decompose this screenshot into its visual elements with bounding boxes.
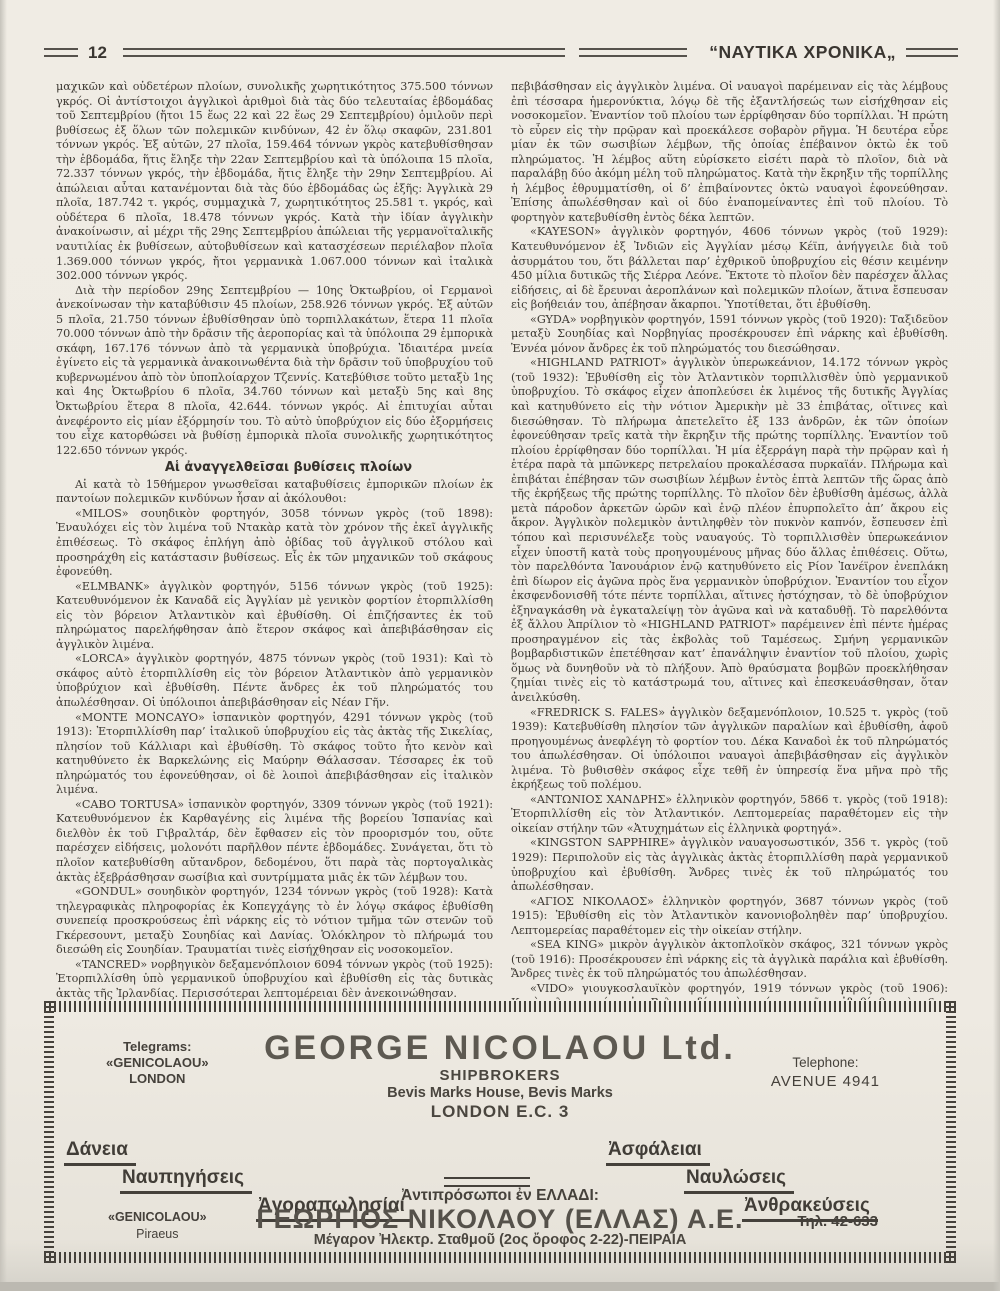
page-number: 12 bbox=[88, 43, 107, 63]
ship-loss-entry: «ΑΓΙΟΣ ΝΙΚΟΛΑΟΣ» ἑλληνικὸν φορτηγόν, 368… bbox=[511, 895, 948, 939]
ad-border-bottom bbox=[44, 1252, 956, 1263]
ship-loss-entry: «ΑΝΤΩΝΙΟΣ ΧΑΝΔΡΗΣ» ἑλληνικὸν φορτηγόν, 5… bbox=[511, 793, 948, 837]
header-rule bbox=[579, 48, 687, 57]
paragraph: μαχικῶν καὶ οὐδετέρων πλοίων, συνολικῆς … bbox=[56, 80, 493, 284]
scan-edge-shadow bbox=[0, 1282, 1000, 1291]
ship-loss-entry: «GONDUL» σουηδικὸν φορτηγόν, 1234 τόννων… bbox=[56, 885, 493, 958]
ship-loss-entry: «MILOS» σουηδικὸν φορτηγόν, 3058 τόννων … bbox=[56, 507, 493, 580]
telephone-label: Telephone: bbox=[771, 1053, 880, 1072]
ship-loss-entry: Αἱ κατὰ τὸ 15θήμερον γνωσθεῖσαι καταβυθί… bbox=[56, 478, 493, 507]
ship-loss-entry: «GYDA» νορβηγικὸν φορτηγόν, 1591 τόννων … bbox=[511, 313, 948, 357]
ship-loss-entry: «KAYESON» ἀγγλικὸν φορτηγόν, 4606 τόννων… bbox=[511, 225, 948, 312]
ship-loss-entry: «CABO TORTUSA» ἱσπανικὸν φορτηγόν, 3309 … bbox=[56, 798, 493, 885]
ship-loss-entry: πεβιβάσθησαν εἰς ἀγγλικὸν λιμένα. Οἱ ναυ… bbox=[511, 80, 948, 225]
greek-company-address: Μέγαρον Ἠλεκτρ. Σταθμοῦ (2ος ὄροφος 2-22… bbox=[44, 1232, 956, 1248]
magazine-page: 12 “ΝΑΥΤΙΚΑ ΧΡΟΝΙΚΑ„ μαχικῶν καὶ οὐδετέρ… bbox=[0, 0, 1000, 1291]
telephone-number: AVENUE 4941 bbox=[771, 1072, 880, 1091]
ship-loss-entry: «TANCRED» νορβηγικὸν δεξαμενόπλοιον 6094… bbox=[56, 958, 493, 1000]
ship-loss-entry: «LORCA» ἀγγλικὸν φορτηγόν, 4875 τόννων γ… bbox=[56, 652, 493, 710]
service-loans: Δάνεια bbox=[64, 1139, 136, 1166]
masthead-title: “ΝΑΥΤΙΚΑ ΧΡΟΝΙΚΑ„ bbox=[709, 42, 896, 63]
left-column-paragraphs: μαχικῶν καὶ οὐδετέρων πλοίων, συνολικῆς … bbox=[56, 80, 493, 458]
right-column: πεβιβάσθησαν εἰς ἀγγλικὸν λιμένα. Οἱ ναυ… bbox=[511, 80, 948, 1000]
advertisement-george-nicolaou: Telegrams: «GENICOLAOU» LONDON GEORGE NI… bbox=[44, 1001, 956, 1263]
ship-loss-entry: «HIGHLAND PATRIOT» ἀγγλικὸν ὑπερωκεάνιον… bbox=[511, 356, 948, 705]
ship-loss-entry: «ELMBANK» ἀγγλικὸν φορτηγόν, 5156 τόννων… bbox=[56, 580, 493, 653]
page-header: 12 “ΝΑΥΤΙΚΑ ΧΡΟΝΙΚΑ„ bbox=[44, 42, 958, 63]
left-column: μαχικῶν καὶ οὐδετέρων πλοίων, συνολικῆς … bbox=[56, 80, 493, 1000]
telephone-block: Telephone: AVENUE 4941 bbox=[771, 1053, 880, 1091]
ship-loss-entry: «FREDRICK S. FALES» ἀγγλικὸν δεξαμενόπλο… bbox=[511, 706, 948, 793]
section-heading: Αἱ ἀναγγελθεῖσαι βυθίσεις πλοίων bbox=[84, 461, 493, 476]
ship-loss-entry: «VIDO» γιουγκοσλαυϊκὸν φορτηγόν, 1919 τό… bbox=[511, 982, 948, 1000]
ship-loss-entry: «KINGSTON SAPPHIRE» ἀγγλικὸν ναυαγοσωστι… bbox=[511, 836, 948, 894]
ship-loss-entries-left: Αἱ κατὰ τὸ 15θήμερον γνωσθεῖσαι καταβυθί… bbox=[56, 478, 493, 1000]
ship-loss-entries-right: πεβιβάσθησαν εἰς ἀγγλικὸν λιμένα. Οἱ ναυ… bbox=[511, 80, 948, 1000]
header-rule bbox=[44, 48, 78, 57]
article-body: μαχικῶν καὶ οὐδετέρων πλοίων, συνολικῆς … bbox=[56, 80, 948, 1000]
agents-heading: Ἀντιπρόσωποι ἐν ΕΛΛΑΔΙ: bbox=[44, 1187, 956, 1205]
ship-loss-entry: «MONTE MONCAYO» ἱσπανικὸν φορτηγόν, 4291… bbox=[56, 711, 493, 798]
header-rule bbox=[906, 48, 958, 57]
greek-phone: Τηλ. 42-633 bbox=[797, 1213, 878, 1230]
paragraph: Διὰ τὴν περίοδον 29ης Σεπτεμβρίου — 10ης… bbox=[56, 284, 493, 459]
ship-loss-entry: «SEA KING» μικρὸν ἀγγλικὸν ἀκτοπλοϊκὸν σ… bbox=[511, 938, 948, 982]
ad-border-top bbox=[44, 1001, 956, 1012]
company-address-line2: LONDON E.C. 3 bbox=[44, 1102, 956, 1122]
service-insurance: Ἀσφάλειαι bbox=[606, 1139, 710, 1166]
ad-divider-rule bbox=[444, 1177, 530, 1187]
header-rule bbox=[123, 48, 565, 57]
